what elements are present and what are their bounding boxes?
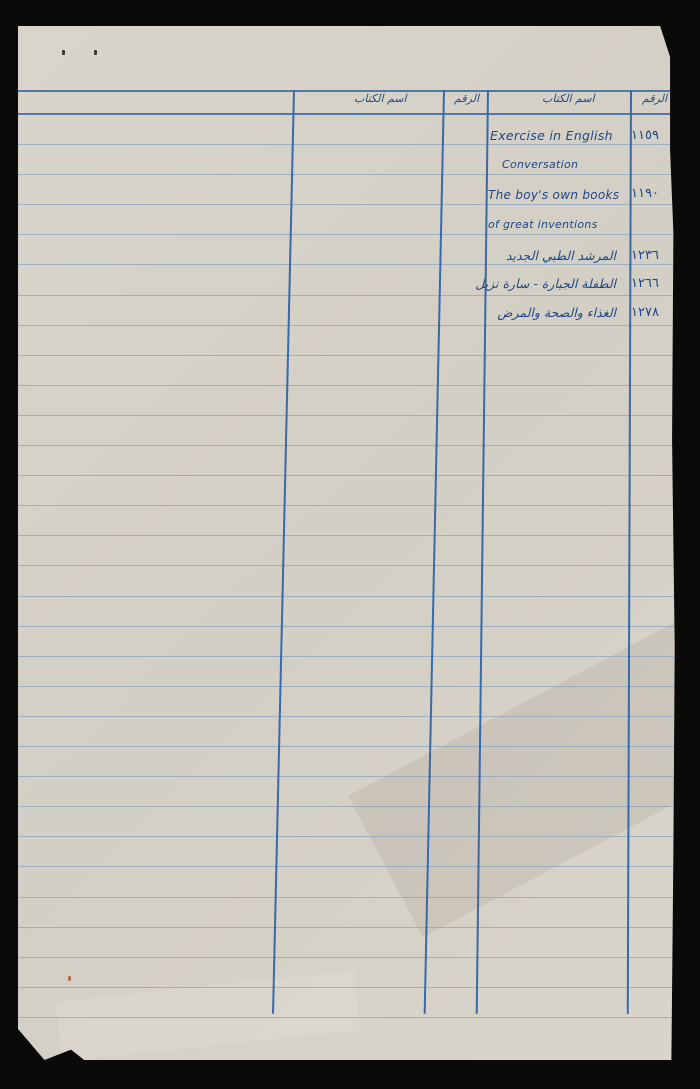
entry-title: المرشد الطبي الجديد — [506, 248, 616, 263]
ledger-paper: الرقم اسم الكتاب الرقم اسم الكتاب Exerci… — [18, 26, 680, 1060]
column-divider-1 — [272, 90, 295, 1014]
ruled-line — [18, 987, 680, 988]
entry-number: ١٢٦٦ — [631, 276, 659, 291]
entry-title-line1: Exercise in English — [490, 128, 613, 143]
ruled-line — [18, 385, 680, 386]
ruled-line — [18, 174, 680, 175]
ruled-line — [18, 806, 680, 807]
ruled-line — [18, 746, 680, 747]
ruled-line — [18, 565, 680, 566]
entry-title-line1: The boy's own books — [488, 188, 619, 202]
header-bottom-rule — [18, 113, 680, 115]
header-title-right: اسم الكتاب — [542, 92, 595, 105]
ruled-line — [18, 445, 680, 446]
ruled-line — [18, 686, 680, 687]
ruled-line — [18, 295, 680, 296]
ruled-line — [18, 264, 680, 265]
ruled-line — [18, 836, 680, 837]
entry-title-line2: of great inventions — [488, 218, 598, 231]
header-title-left: اسم الكتاب — [354, 92, 407, 105]
ruled-line — [18, 144, 680, 145]
entry-title: الطفلة الجبارة - سارة نزيل — [475, 276, 616, 291]
header-number-left: الرقم — [454, 92, 479, 105]
ruled-line — [18, 656, 680, 657]
entry-number: ١١٩٠ — [631, 186, 659, 201]
ruled-line — [18, 897, 680, 898]
staple-mark — [94, 50, 97, 55]
ruled-line — [18, 866, 680, 867]
entry-number: ١٢٣٦ — [631, 248, 659, 263]
header-number-right: الرقم — [642, 92, 667, 105]
ruled-line — [18, 1017, 680, 1018]
ruled-line — [18, 505, 680, 506]
ruled-line — [18, 957, 680, 958]
entry-number: ١٢٧٨ — [631, 305, 659, 320]
paper-fold-shadow — [348, 599, 700, 937]
ruled-line — [18, 475, 680, 476]
ruled-line — [18, 535, 680, 536]
ruled-line — [18, 596, 680, 597]
ruled-line — [18, 927, 680, 928]
entry-title-line2: Conversation — [502, 158, 578, 171]
entry-number: ١١٥٩ — [631, 128, 659, 143]
paper-crease — [56, 970, 361, 1061]
ruled-line — [18, 716, 680, 717]
entry-title: الغذاء والصحة والمرض — [497, 305, 616, 320]
column-divider-4 — [627, 90, 632, 1014]
ruled-line — [18, 415, 680, 416]
ruled-line — [18, 325, 680, 326]
ruled-line — [18, 626, 680, 627]
rust-stain — [68, 976, 71, 981]
ruled-line — [18, 234, 680, 235]
ruled-line — [18, 355, 680, 356]
ruled-line — [18, 204, 680, 205]
staple-mark — [62, 50, 65, 55]
ruled-line — [18, 776, 680, 777]
